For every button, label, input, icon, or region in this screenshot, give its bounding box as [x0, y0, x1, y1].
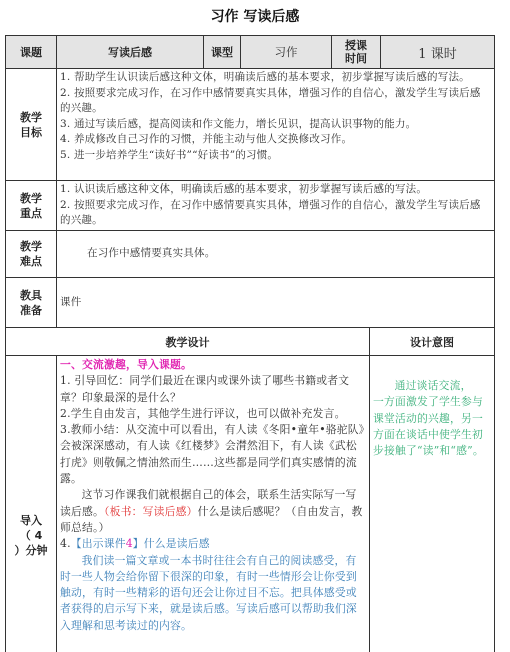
topic-value-text: 写读后感 — [108, 44, 152, 60]
courseware-num: 4 — [126, 537, 133, 550]
goals-label-line2: 目标 — [20, 125, 42, 140]
difficulties-label-line1: 教学 — [20, 239, 42, 254]
key-points-label-line1: 教学 — [20, 191, 42, 206]
key-points-content: 1. 认识读后感这种文体，明确读后感的基本要求，初步掌握写读后感的写法。 2. … — [56, 180, 495, 231]
design-content: 一、交流激趣，导入课题。 1. 引导回忆：同学们最近在课内或课外读了哪些书籍或者… — [56, 355, 370, 652]
goal-item: 5. 进一步培养学生“读好书”“好读书”的习惯。 — [60, 148, 491, 164]
design-paragraph: 这节习作课我们就根据自己的体会，联系生活实际写一写读后感。（板书：写读后感）什么… — [60, 487, 366, 536]
design-header: 教学设计 — [5, 327, 370, 356]
topic-value: 写读后感 — [56, 35, 204, 69]
time-value-text: 1 课时 — [418, 43, 456, 62]
courseware-bracket: 【出示课件 — [71, 537, 126, 550]
key-points-label: 教学 重点 — [5, 180, 57, 231]
type-value-text: 习作 — [275, 44, 298, 60]
intent-content: 通过谈话交流， 一方面激发了学生参与课堂活动的兴趣，另一方面在谈话中使学生初步接… — [369, 355, 495, 652]
goals-label: 教学 目标 — [5, 68, 57, 181]
design-paragraph: 1. 引导回忆：同学们最近在课内或课外读了哪些书籍或者文章？印象最深的是什么？ — [60, 373, 366, 406]
time-value: 1 课时 — [380, 35, 495, 69]
time-label-line1: 授课 — [345, 39, 367, 52]
difficulties-label-line2: 难点 — [20, 254, 42, 269]
stage-label-line2: （ 4 — [20, 528, 42, 543]
intent-text: 一方面激发了学生参与课堂活动的兴趣，另一方面在谈话中使学生初步接触了“读”和“感… — [373, 394, 491, 459]
section-title: 一、交流激趣，导入课题。 — [60, 357, 366, 373]
topic-label: 课题 — [5, 35, 57, 69]
key-point-item: 1. 认识读后感这种文体，明确读后感的基本要求，初步掌握写读后感的写法。 — [60, 182, 491, 198]
goal-item: 3. 通过写读后感，提高阅读和作文能力，增长见识，提高认识事物的能力。 — [60, 117, 491, 133]
goals-label-line1: 教学 — [20, 110, 42, 125]
goal-item: 2. 按照要求完成习作，在习作中感情要真实具体，增强习作的自信心，激发学生写读后… — [60, 86, 491, 117]
stage-label-line1: 导入 — [20, 513, 42, 528]
stage-label: 导入 （ 4 ）分钟 — [5, 355, 57, 652]
key-points-label-line2: 重点 — [20, 206, 42, 221]
topic-label-text: 课题 — [20, 44, 42, 60]
page-title: 习作 写读后感 — [0, 6, 510, 26]
intent-text: 通过谈话交流， — [373, 378, 491, 394]
time-label-line2: 时间 — [345, 52, 367, 65]
courseware-paragraph: 我们读一篇文章或一本书时往往会有自己的阅读感受，有时一些人物会给你留下很深的印象… — [60, 553, 366, 634]
key-point-item: 2. 按照要求完成习作，在习作中感情要真实具体，增强习作的自信心，激发学生写读后… — [60, 198, 491, 229]
goal-item: 1. 帮助学生认识读后感这种文体，明确读后感的基本要求，初步掌握写读后感的写法。 — [60, 70, 491, 86]
design-paragraph: 2.学生自由发言，其他学生进行评议，也可以做补充发言。 — [60, 406, 366, 422]
stage-label-line3: ）分钟 — [15, 543, 48, 558]
board-note: （板书：写读后感） — [104, 505, 198, 518]
type-value: 习作 — [240, 35, 332, 69]
difficulties-label: 教学 难点 — [5, 230, 57, 278]
type-label: 课型 — [203, 35, 241, 69]
intent-header: 设计意图 — [369, 327, 495, 356]
courseware-line: 4.【出示课件4】什么是读后感 — [60, 536, 366, 552]
materials-text: 课件 — [60, 295, 81, 311]
design-paragraph: 3.教师小结：从交流中可以看出，有人读《冬阳•童年•骆驼队》会被深深感动，有人读… — [60, 422, 366, 487]
type-label-text: 课型 — [211, 44, 233, 60]
goals-content: 1. 帮助学生认识读后感这种文体，明确读后感的基本要求，初步掌握写读后感的写法。… — [56, 68, 495, 181]
materials-label: 教具 准备 — [5, 277, 57, 328]
difficulties-text: 在习作中感情要真实具体。 — [87, 246, 215, 262]
intent-header-text: 设计意图 — [410, 334, 454, 350]
materials-content: 课件 — [56, 277, 495, 328]
design-header-text: 教学设计 — [166, 334, 210, 350]
materials-label-line1: 教具 — [20, 288, 42, 303]
courseware-bracket-end: 】 — [133, 537, 144, 550]
goal-item: 4. 养成修改自己习作的习惯，并能主动与他人交换修改习作。 — [60, 132, 491, 148]
courseware-title: 什么是读后感 — [144, 537, 210, 550]
materials-label-line2: 准备 — [20, 303, 42, 318]
courseware-prefix: 4. — [60, 537, 71, 550]
difficulties-content: 在习作中感情要真实具体。 — [56, 230, 495, 278]
time-label: 授课 时间 — [331, 35, 381, 69]
